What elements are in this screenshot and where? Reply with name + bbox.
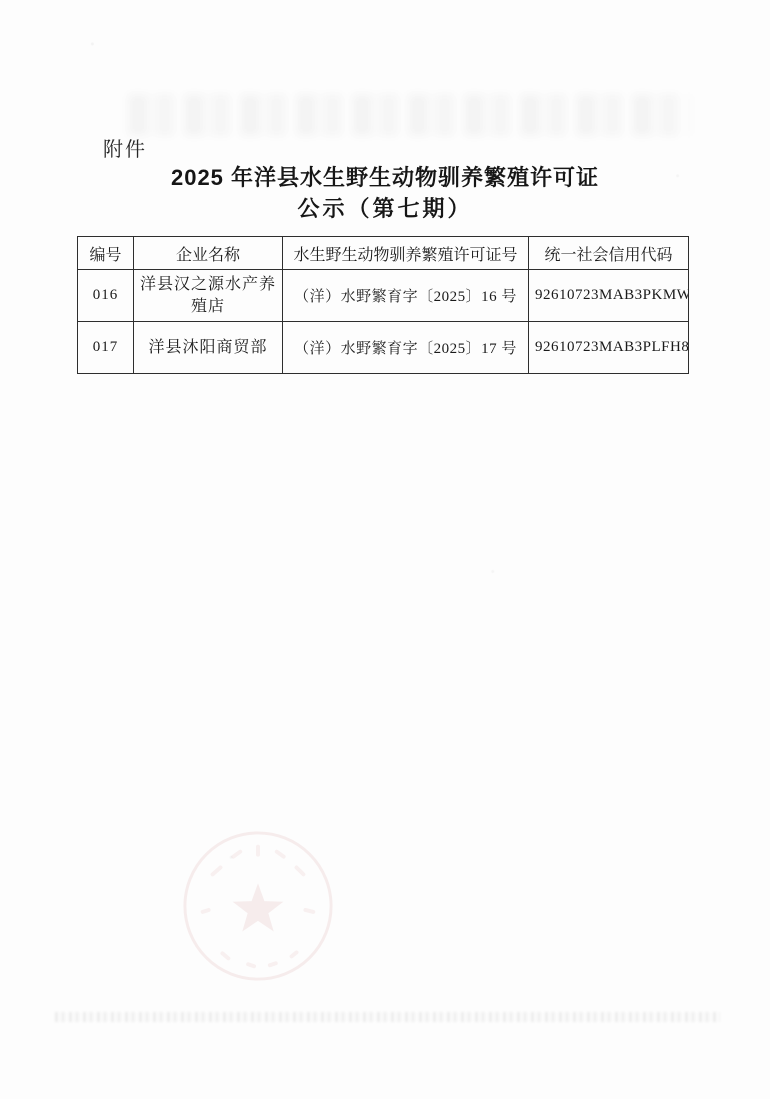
row-credit-code: 92610723MAB3PKMW20 (529, 270, 689, 322)
title-line-1: 2025 年洋县水生野生动物驯养繁殖许可证 (74, 163, 696, 193)
header-credit-code: 统一社会信用代码 (529, 237, 689, 270)
table-header-row: 编号 企业名称 水生野生动物驯养繁殖许可证号 统一社会信用代码 (78, 237, 689, 270)
seal-star-icon (233, 883, 284, 931)
header-id: 编号 (78, 237, 134, 270)
attachment-label: 附件 (103, 133, 147, 162)
row-credit-code: 92610723MAB3PLFH8C (529, 322, 689, 374)
header-company: 企业名称 (134, 237, 283, 270)
row-id: 017 (78, 322, 134, 374)
row-license-no: （洋）水野繁育字〔2025〕17 号 (283, 322, 529, 374)
table-row: 016 洋县汉之源水产养殖店 （洋）水野繁育字〔2025〕16 号 926107… (78, 270, 689, 322)
header-license-no: 水生野生动物驯养繁殖许可证号 (283, 237, 529, 270)
bleed-through-text-top (128, 94, 690, 136)
row-license-no: （洋）水野繁育字〔2025〕16 号 (283, 270, 529, 322)
row-company: 洋县沐阳商贸部 (134, 322, 283, 374)
license-table: 编号 企业名称 水生野生动物驯养繁殖许可证号 统一社会信用代码 016 洋县汉之… (77, 236, 689, 374)
row-company: 洋县汉之源水产养殖店 (134, 270, 283, 322)
title-line-2: 公示（第七期） (74, 193, 696, 225)
table-row: 017 洋县沐阳商贸部 （洋）水野繁育字〔2025〕17 号 92610723M… (78, 322, 689, 374)
document-title: 2025 年洋县水生野生动物驯养繁殖许可证 公示（第七期） (74, 163, 696, 225)
row-id: 016 (78, 270, 134, 322)
bleed-through-text-bottom (55, 1012, 720, 1022)
official-seal-stamp-faint (179, 827, 337, 985)
scanned-document-page: 附件 2025 年洋县水生野生动物驯养繁殖许可证 公示（第七期） 编号 企业名称… (0, 0, 770, 1099)
